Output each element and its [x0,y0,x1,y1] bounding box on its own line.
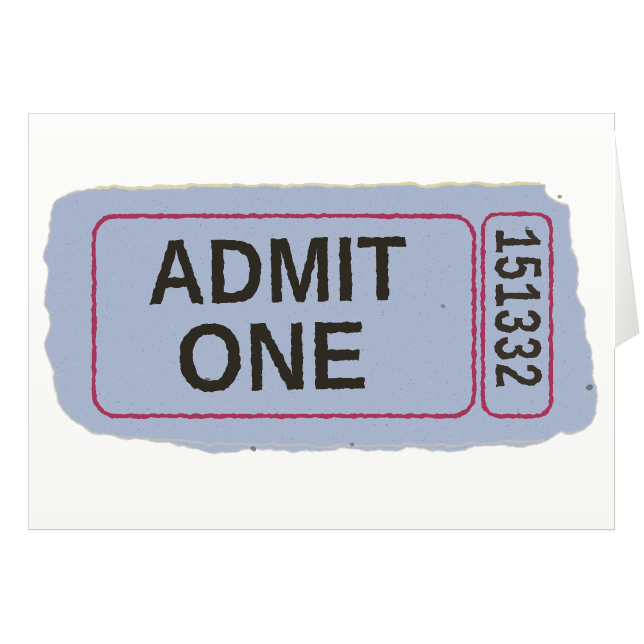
admit-text-line2: ONE [176,300,370,413]
ticket-artwork: ADMIT ONE 151332 [0,0,644,644]
product-photo: ADMIT ONE 151332 [0,0,644,644]
card-back-fold [614,131,639,348]
serial-number: 151332 [475,227,552,389]
